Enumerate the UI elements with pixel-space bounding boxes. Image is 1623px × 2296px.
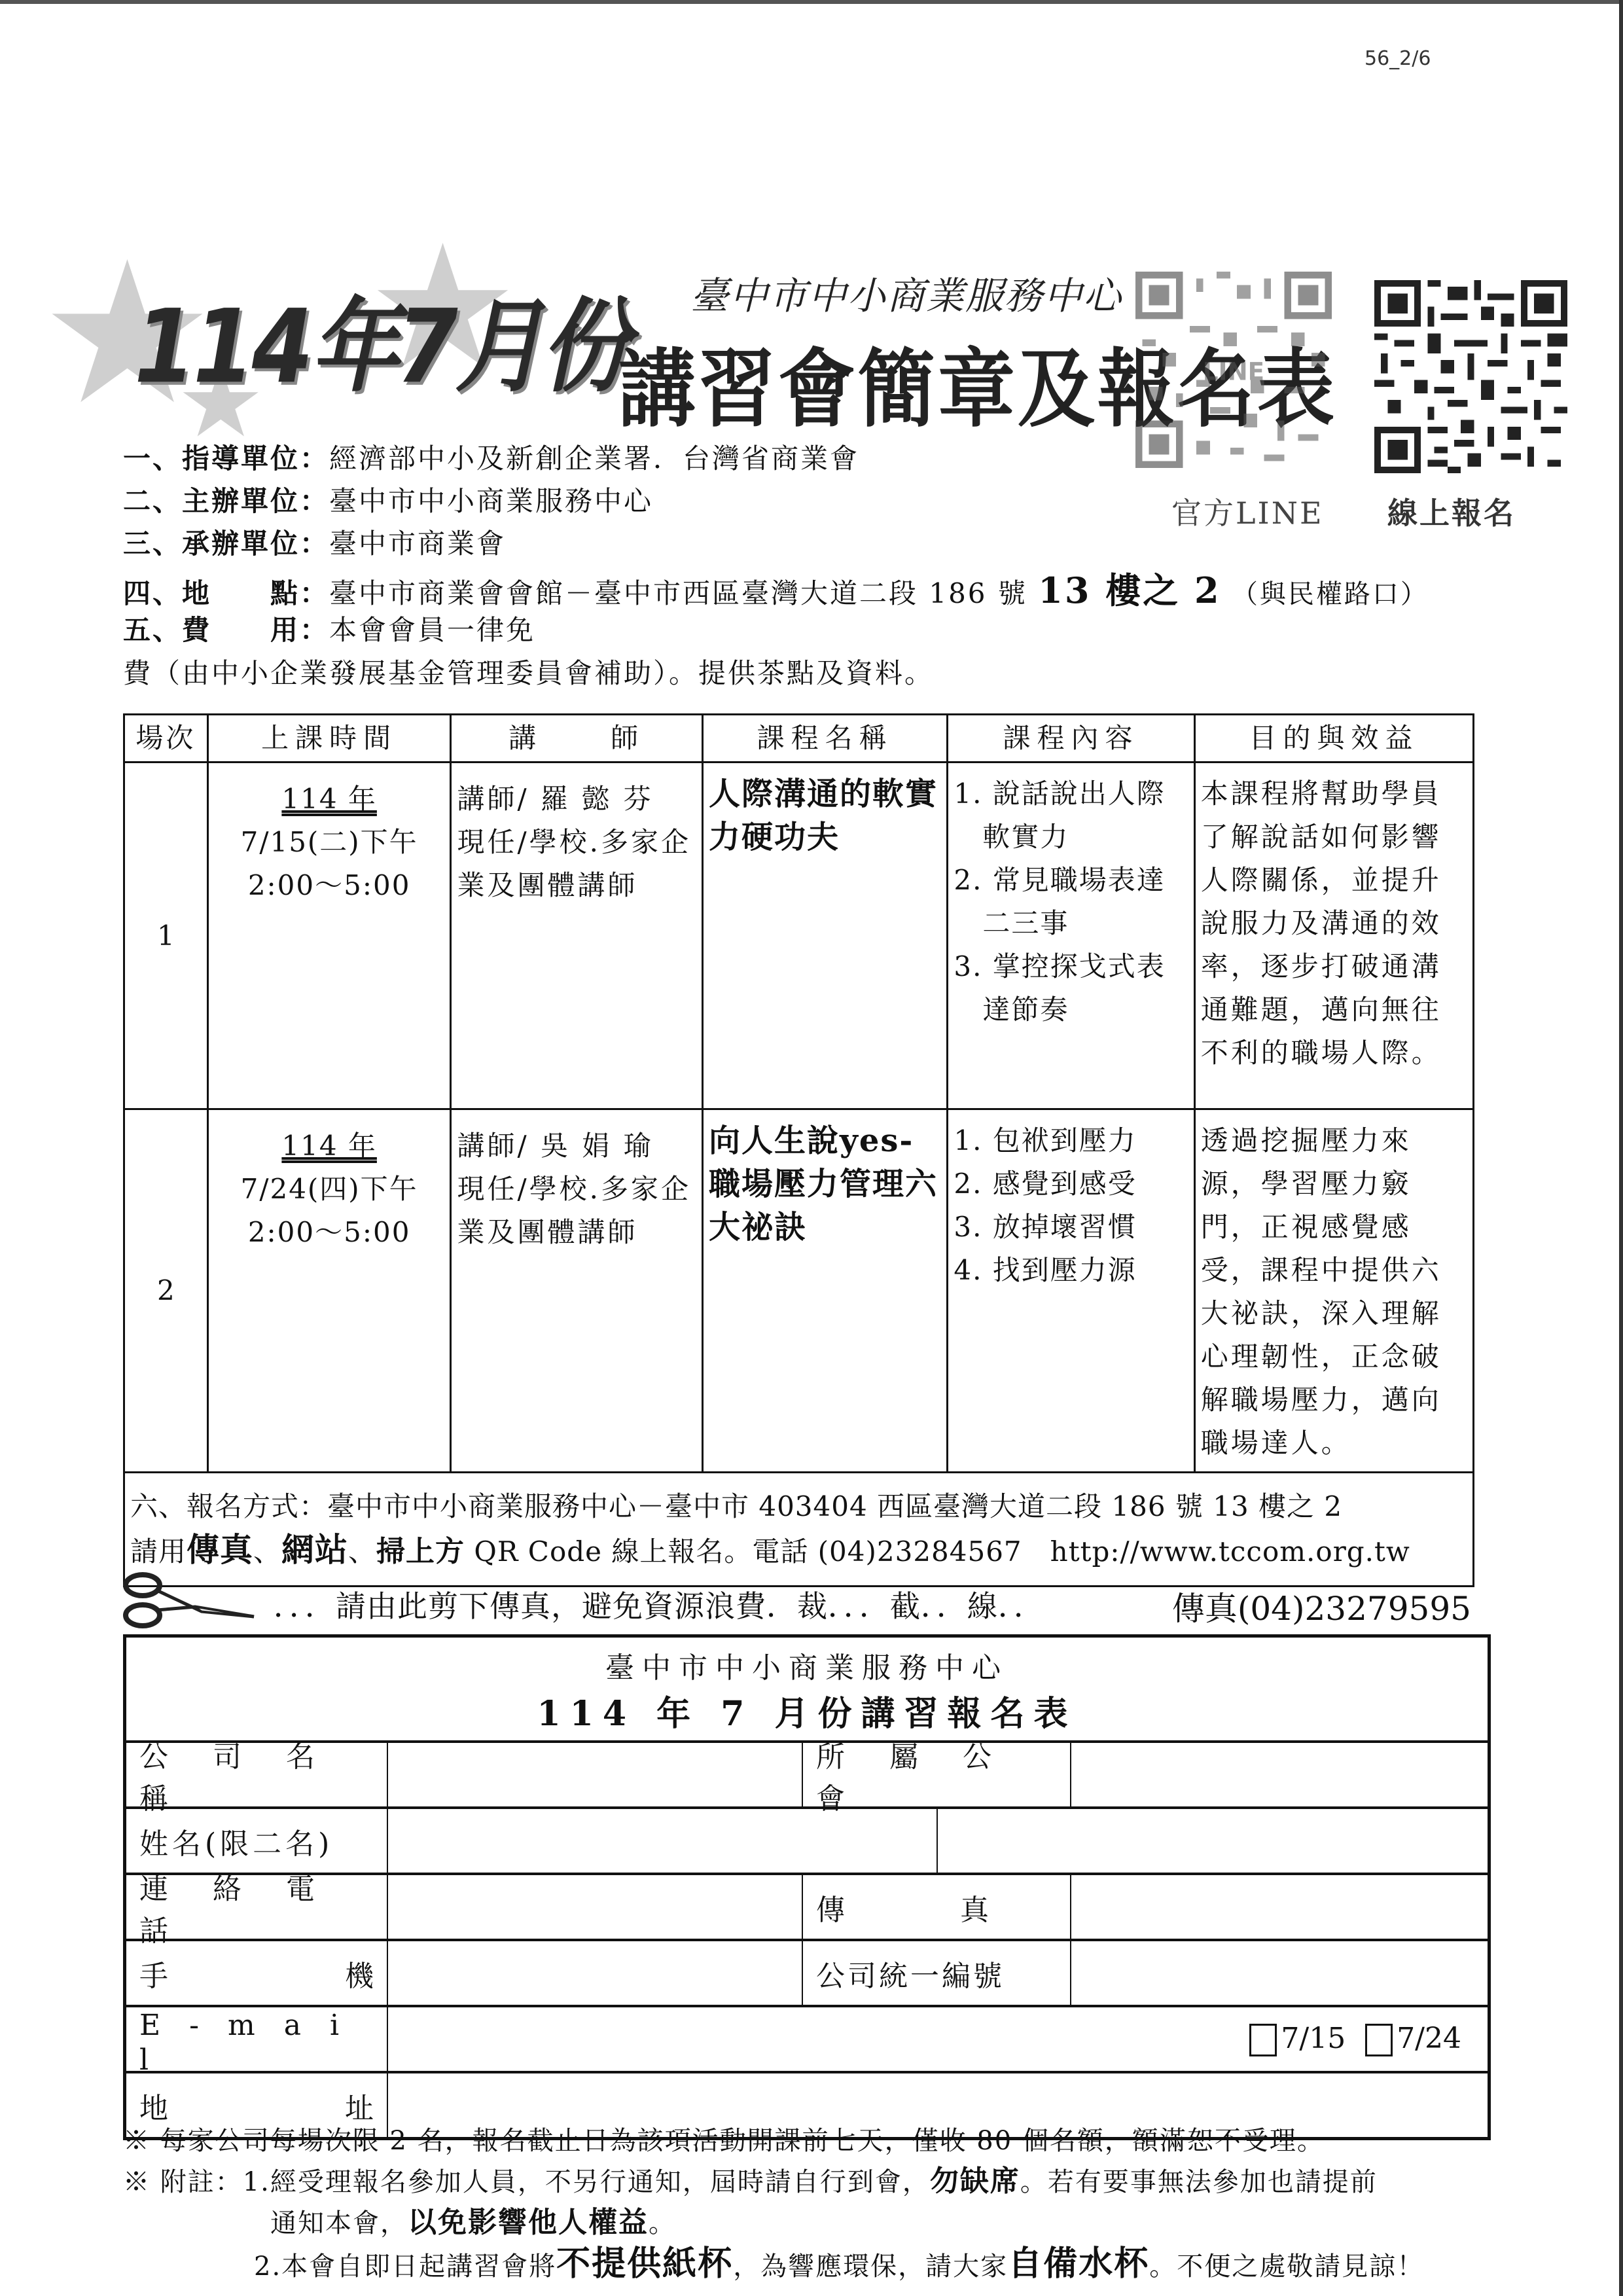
checkbox-label: 7/15 [1281,2022,1346,2055]
course-title: 人際溝通的軟實力硬功夫 [702,762,947,1109]
header-course-content: 課程內容 [948,715,1194,762]
mobile-label-a: 手 [139,1952,168,1994]
info-value: 本會會員一律免 [329,614,535,646]
course-table: 場次 上課時間 講 師 課程名稱 課程內容 目的與效益 1 114 年 7/15… [123,713,1474,1587]
teacher-name: 講師/ 羅 懿 芬 [457,778,696,821]
content-item: 1. 說話說出人際軟實力 [954,772,1188,859]
info-fee: 五、費 用：本會會員一律免 [123,609,535,648]
teacher-name: 講師/ 吳 娟 瑜 [457,1124,696,1168]
course-table-header: 場次 上課時間 講 師 課程名稱 課程內容 目的與效益 [124,715,1474,762]
name-label: 姓名(限二名) [126,1809,388,1873]
teacher-title: 現任/學校.多家企業及團體講師 [457,821,696,907]
note-text: 。 [649,2208,676,2238]
note-emphasis: 不提供紙杯 [556,2244,733,2284]
info-key: 五、費 用： [123,614,329,646]
info-organizer-unit: 三、承辦單位：臺中市商業會 [123,522,506,562]
note-emphasis: 勿缺席 [930,2164,1020,2198]
mobile-label-b: 機 [345,1952,374,1994]
content-item: 2. 常見職場表達二三事 [954,859,1188,945]
qr-code-icon: LINE [1135,272,1332,468]
banner-month-title: 114年7月份 [134,265,627,411]
banner-organizer: 臺中市中小商業服務中心 [690,265,1122,320]
session-number: 2 [124,1109,208,1473]
svg-text:LINE: LINE [1203,357,1264,386]
course-benefit: 透過挖掘壓力來源，學習壓力竅門，正視感覺感受，課程中提供六大祕訣，深入理解心理韌… [1194,1109,1473,1473]
registration-prefix: 請用 [130,1535,187,1568]
info-key: 四、地 點： [123,577,329,609]
info-value: 臺中市商業會會館－臺中市西區臺灣大道二段 186 號 [329,577,1027,609]
header-teacher: 講 師 [451,715,703,762]
header-course-title: 課程名稱 [702,715,947,762]
form-row-email: E - m a i l 7/15 7/24 [126,2007,1488,2073]
registration-contact: QR Code 線上報名。電話 (04)23284567 http://www.… [465,1535,1410,1568]
note-remark-1-cont: 通知本會，以免影響他人權益。 [123,2202,1424,2244]
fax-number: 傳真(04)23279595 [1172,1583,1471,1630]
fax-field[interactable] [1071,1875,1488,1939]
email-field[interactable]: 7/15 7/24 [388,2007,1488,2071]
session-checkboxes: 7/15 7/24 [388,2007,1488,2071]
separator: 、 [253,1535,281,1568]
name-field-1[interactable] [388,1809,938,1873]
content-item: 3. 放掉壞習慣 [954,1206,1188,1249]
note-quota: ※ 每家公司每場次限 2 名，報名截止日為該項活動開課前七天，僅收 80 個名額… [123,2121,1424,2161]
info-key: 二、主辦單位： [123,485,329,517]
line-qr-code[interactable]: LINE [1135,272,1332,468]
form-organizer: 臺中市中小商業服務中心 [126,1644,1488,1686]
online-registration-qr-code[interactable] [1374,280,1567,473]
checkbox-icon[interactable] [1249,2024,1277,2056]
note-text: 通知本會， [270,2208,408,2238]
cut-line-instruction: ．．．請由此剪下傳真，避免資源浪費．裁．．．截．．線．． [274,1583,1044,1626]
line-qr-label: 官方LINE [1171,490,1324,533]
session-time: 114 年 7/15(二)下午 2:00～5:00 [207,762,451,1109]
channel-website: 網站 [281,1530,348,1569]
qr-code-icon [1374,280,1567,473]
session-hours: 2:00～5:00 [214,1211,445,1254]
note-text: 。不便之處敬請見諒！ [1149,2251,1424,2282]
course-content: 1. 說話說出人際軟實力 2. 常見職場表達二三事 3. 掌控探戈式表達節奏 [948,762,1194,1109]
registration-method: 六、報名方式：臺中市中小商業服務中心－臺中市 403404 西區臺灣大道二段 1… [124,1473,1474,1587]
phone-field[interactable] [388,1875,803,1939]
online-registration-qr-label: 線上報名 [1387,490,1516,533]
course-row: 1 114 年 7/15(二)下午 2:00～5:00 講師/ 羅 懿 芬 現任… [124,762,1474,1109]
session-year: 114 年 [214,778,445,821]
session-time: 114 年 7/24(四)下午 2:00～5:00 [207,1109,451,1473]
form-row-mobile: 手機 公司統一編號 [126,1941,1488,2007]
registration-method-row: 六、報名方式：臺中市中小商業服務中心－臺中市 403404 西區臺灣大道二段 1… [124,1473,1474,1587]
page-marker: 56_2/6 [1364,47,1431,70]
info-host-unit: 二、主辦單位：臺中市中小商業服務中心 [123,480,653,519]
separator: 、 [348,1535,376,1568]
note-text: 。若有要事無法參加也請提前 [1020,2167,1378,2197]
header-time: 上課時間 [207,715,451,762]
association-label: 所 屬 公 會 [803,1743,1071,1806]
session-teacher: 講師/ 羅 懿 芬 現任/學校.多家企業及團體講師 [451,762,703,1109]
session-hours: 2:00～5:00 [214,864,445,907]
header-purpose-benefit: 目的與效益 [1194,715,1473,762]
info-value: 臺中市中小商業服務中心 [329,485,653,517]
registration-channels: 請用傳真、網站、掃上方 QR Code 線上報名。電話 (04)23284567… [130,1528,1467,1573]
note-emphasis: 自備水杯 [1008,2244,1149,2284]
form-header: 臺中市中小商業服務中心 114 年 7 月份講習報名表 [126,1638,1488,1743]
note-remark-2: 2.本會自即日起講習會將不提供紙杯，為響應環保，請大家自備水杯。不便之處敬請見諒… [123,2244,1424,2287]
info-value: 臺中市商業會 [329,528,506,560]
company-name-field[interactable] [388,1743,803,1806]
info-fee-continuation: 費（由中小企業發展基金管理委員會補助）。提供茶點及資料。 [123,652,934,691]
content-item: 1. 包袱到壓力 [954,1119,1188,1162]
company-name-label: 公 司 名 稱 [126,1743,388,1806]
teacher-title: 現任/學校.多家企業及團體講師 [457,1168,696,1254]
notes: ※ 每家公司每場次限 2 名，報名截止日為該項活動開課前七天，僅收 80 個名額… [123,2121,1424,2287]
info-cross-street: （與民權路口） [1232,579,1429,609]
scissors-icon [123,1571,274,1630]
channel-qr: 掃上方 [376,1535,465,1568]
content-item: 4. 找到壓力源 [954,1249,1188,1292]
tax-id-label: 公司統一編號 [803,1941,1071,2005]
form-row-company: 公 司 名 稱 所 屬 公 會 [126,1743,1488,1809]
fax-label: 傳 真 [803,1875,1071,1939]
tax-id-field[interactable] [1071,1941,1488,2005]
info-floor: 13 樓之 2 [1038,569,1221,611]
course-benefit: 本課程將幫助學員了解說話如何影響人際關係，並提升說服力及溝通的效率，逐步打破通溝… [1194,762,1473,1109]
checkbox-session-0724[interactable]: 7/24 [1365,2022,1461,2057]
note-text: 2.本會自即日起講習會將 [254,2251,556,2282]
checkbox-session-0715[interactable]: 7/15 [1249,2022,1346,2057]
note-emphasis: 以免影響他人權益 [408,2206,649,2239]
phone-label: 連 絡 電 話 [126,1875,388,1939]
info-location: 四、地 點：臺中市商業會會館－臺中市西區臺灣大道二段 186 號 13 樓之 2… [123,563,1429,613]
scan-edge-top [0,0,1623,4]
content-item: 3. 掌控探戈式表達節奏 [954,945,1188,1031]
mobile-field[interactable] [388,1941,803,2005]
session-number: 1 [124,762,208,1109]
info-guidance-unit: 一、指導單位：經濟部中小及新創企業署．台灣省商業會 [123,437,859,476]
channel-fax: 傳真 [187,1530,253,1569]
email-label: E - m a i l [126,2007,388,2071]
note-text: ，為響應環保，請大家 [733,2251,1008,2282]
checkbox-label: 7/24 [1397,2022,1461,2055]
name-field-2[interactable] [938,1809,1488,1873]
info-key: 三、承辦單位： [123,528,329,560]
session-teacher: 講師/ 吳 娟 瑜 現任/學校.多家企業及團體講師 [451,1109,703,1473]
course-content: 1. 包袱到壓力 2. 感覺到感受 3. 放掉壞習慣 4. 找到壓力源 [948,1109,1194,1473]
session-date: 7/24(四)下午 [214,1168,445,1211]
course-title: 向人生說yes-職場壓力管理六大祕訣 [702,1109,947,1473]
association-field[interactable] [1071,1743,1488,1806]
info-value: 經濟部中小及新創企業署．台灣省商業會 [329,442,859,475]
form-row-phone: 連 絡 電 話 傳 真 [126,1875,1488,1941]
form-title: 114 年 7 月份講習報名表 [126,1686,1488,1735]
note-remark-1: ※ 附註：1.經受理報名參加人員，不另行通知，屆時請自行到會，勿缺席。若有要事無… [123,2161,1424,2202]
address-label-b: 址 [345,2085,374,2126]
course-row: 2 114 年 7/24(四)下午 2:00～5:00 講師/ 吳 娟 瑜 現任… [124,1109,1474,1473]
scan-edge-right [1619,0,1623,2296]
session-year: 114 年 [214,1124,445,1168]
checkbox-icon[interactable] [1365,2024,1393,2056]
mobile-label: 手機 [126,1941,388,2005]
info-key: 一、指導單位： [123,442,329,475]
session-date: 7/15(二)下午 [214,821,445,864]
note-text: ※ 附註：1.經受理報名參加人員，不另行通知，屆時請自行到會， [123,2167,930,2197]
content-item: 2. 感覺到感受 [954,1162,1188,1206]
header-session: 場次 [124,715,208,762]
registration-form: 臺中市中小商業服務中心 114 年 7 月份講習報名表 公 司 名 稱 所 屬 … [123,1634,1491,2140]
cut-line: ．．．請由此剪下傳真，避免資源浪費．裁．．．截．．線．． 傳真(04)23279… [123,1571,1484,1630]
address-label-a: 地 [139,2085,168,2126]
registration-address: 六、報名方式：臺中市中小商業服務中心－臺中市 403404 西區臺灣大道二段 1… [130,1485,1467,1528]
